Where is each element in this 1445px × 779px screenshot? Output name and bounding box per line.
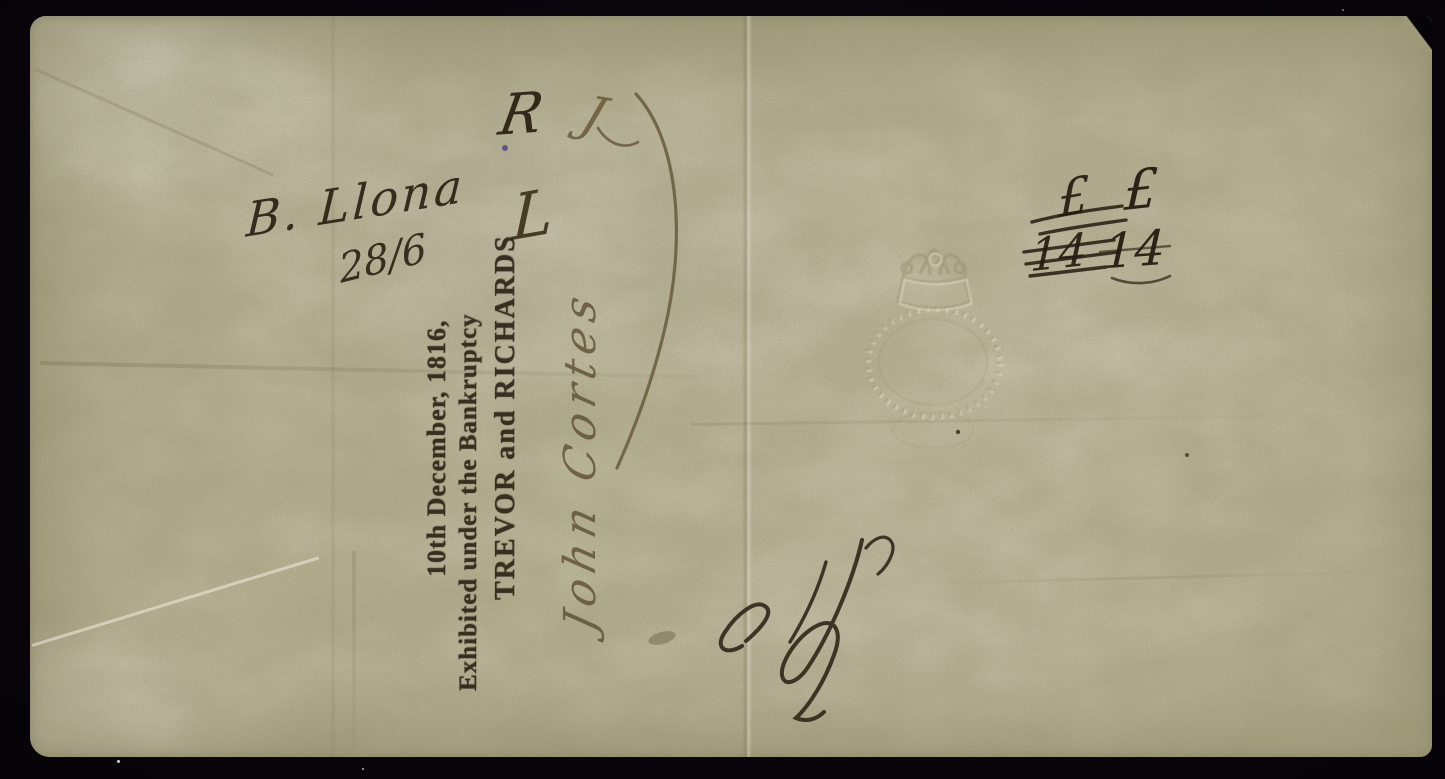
paper-texture	[30, 16, 1432, 757]
paper-sheet	[30, 16, 1432, 757]
dust-speck	[117, 760, 120, 763]
dust-speck	[1342, 9, 1344, 11]
corner-dog-ear	[1401, 16, 1432, 65]
dust-speck	[362, 768, 364, 770]
photo-backdrop: B. Llona 28/6 R J L 10th December, 1816,…	[0, 0, 1445, 779]
